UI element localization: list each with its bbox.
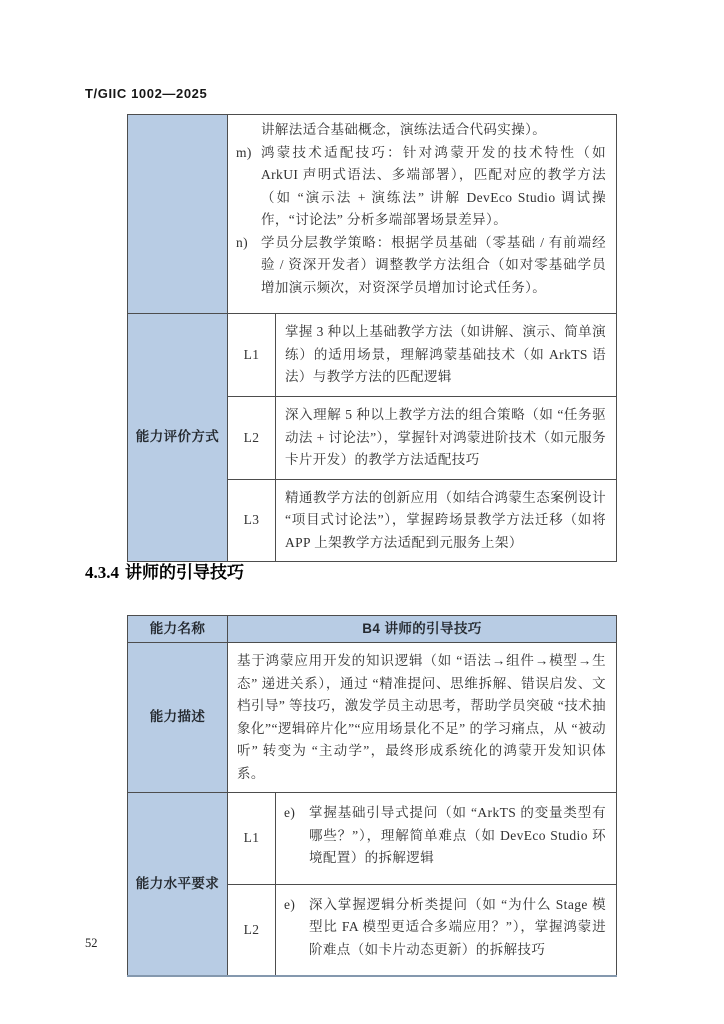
table-header-row: 能力名称 B4 讲师的引导技巧 (128, 616, 617, 643)
evaluation-method-label: 能力评价方式 (128, 314, 228, 562)
row-label-cell-empty (128, 115, 228, 314)
table-row: 能力评价方式 L1 掌握 3 种以上基础教学方法（如讲解、演示、简单演练）的适用… (128, 314, 617, 397)
level-description-cell: 深入理解 5 种以上教学方法的组合策略（如 “任务驱动法 + 讨论法”），掌握针… (276, 397, 617, 480)
list-item: 讲解法适合基础概念，演练法适合代码实操）。 (236, 119, 606, 142)
list-item: n) 学员分层教学策略：根据学员基础（零基础 / 有前端经验 / 资深开发者）调… (236, 232, 606, 300)
list-item: m) 鸿蒙技术适配技巧：针对鸿蒙开发的技术特性（如 ArkUI 声明式语法、多端… (236, 142, 606, 232)
list-marker: e) (284, 894, 309, 962)
capability-name-value: B4 讲师的引导技巧 (228, 616, 617, 643)
list-item-text: 掌握基础引导式提问（如 “ArkTS 的变量类型有哪些？”），理解简单难点（如 … (309, 802, 606, 870)
list-item-text: 深入掌握逻辑分析类提问（如 “为什么 Stage 模型比 FA 模型更适合多端应… (309, 894, 606, 962)
level-description-cell: 精通教学方法的创新应用（如结合鸿蒙生态案例设计 “项目式讨论法”），掌握跨场景教… (276, 479, 617, 562)
list-marker: n) (236, 232, 261, 300)
table-row: 讲解法适合基础概念，演练法适合代码实操）。 m) 鸿蒙技术适配技巧：针对鸿蒙开发… (128, 115, 617, 314)
level-cell: L2 (228, 397, 276, 480)
section-number: 4.3.4 (85, 563, 119, 582)
document-code-header: T/GIIC 1002—2025 (85, 86, 207, 101)
level-cell: L1 (228, 793, 276, 885)
level-description-cell: e) 掌握基础引导式提问（如 “ArkTS 的变量类型有哪些？”），理解简单难点… (276, 793, 617, 885)
capability-desc-label: 能力描述 (128, 643, 228, 793)
list-marker: e) (284, 802, 309, 870)
level-description-cell: 掌握 3 种以上基础教学方法（如讲解、演示、简单演练）的适用场景，理解鸿蒙基础技… (276, 314, 617, 397)
table-row: 能力水平要求 L1 e) 掌握基础引导式提问（如 “ArkTS 的变量类型有哪些… (128, 793, 617, 885)
level-cell: L3 (228, 479, 276, 562)
list-item: e) 掌握基础引导式提问（如 “ArkTS 的变量类型有哪些？”），理解简单难点… (284, 802, 606, 870)
list-marker (236, 119, 261, 142)
continuation-text: 讲解法适合基础概念，演练法适合代码实操）。 (261, 119, 606, 142)
list-item: e) 深入掌握逻辑分析类提问（如 “为什么 Stage 模型比 FA 模型更适合… (284, 894, 606, 962)
capability-b4-table: 能力名称 B4 讲师的引导技巧 能力描述 基于鸿蒙应用开发的知识逻辑（如 “语法… (127, 615, 617, 977)
table-row: 能力描述 基于鸿蒙应用开发的知识逻辑（如 “语法→组件→模型→生态” 递进关系）… (128, 643, 617, 793)
capability-level-label: 能力水平要求 (128, 793, 228, 977)
level-cell: L1 (228, 314, 276, 397)
list-item-text: 鸿蒙技术适配技巧：针对鸿蒙开发的技术特性（如 ArkUI 声明式语法、多端部署）… (261, 142, 606, 232)
level-description-cell: e) 深入掌握逻辑分析类提问（如 “为什么 Stage 模型比 FA 模型更适合… (276, 884, 617, 976)
list-marker: m) (236, 142, 261, 232)
level-cell: L2 (228, 884, 276, 976)
capability-table-continued: 讲解法适合基础概念，演练法适合代码实操）。 m) 鸿蒙技术适配技巧：针对鸿蒙开发… (127, 114, 617, 562)
section-heading: 4.3.4讲师的引导技巧 (85, 558, 244, 583)
teaching-methods-list-cell: 讲解法适合基础概念，演练法适合代码实操）。 m) 鸿蒙技术适配技巧：针对鸿蒙开发… (228, 115, 617, 314)
page-number: 52 (85, 936, 98, 951)
list-item-text: 学员分层教学策略：根据学员基础（零基础 / 有前端经验 / 资深开发者）调整教学… (261, 232, 606, 300)
capability-name-label: 能力名称 (128, 616, 228, 643)
capability-desc-text: 基于鸿蒙应用开发的知识逻辑（如 “语法→组件→模型→生态” 递进关系），通过 “… (228, 643, 617, 793)
section-title: 讲师的引导技巧 (125, 563, 244, 582)
